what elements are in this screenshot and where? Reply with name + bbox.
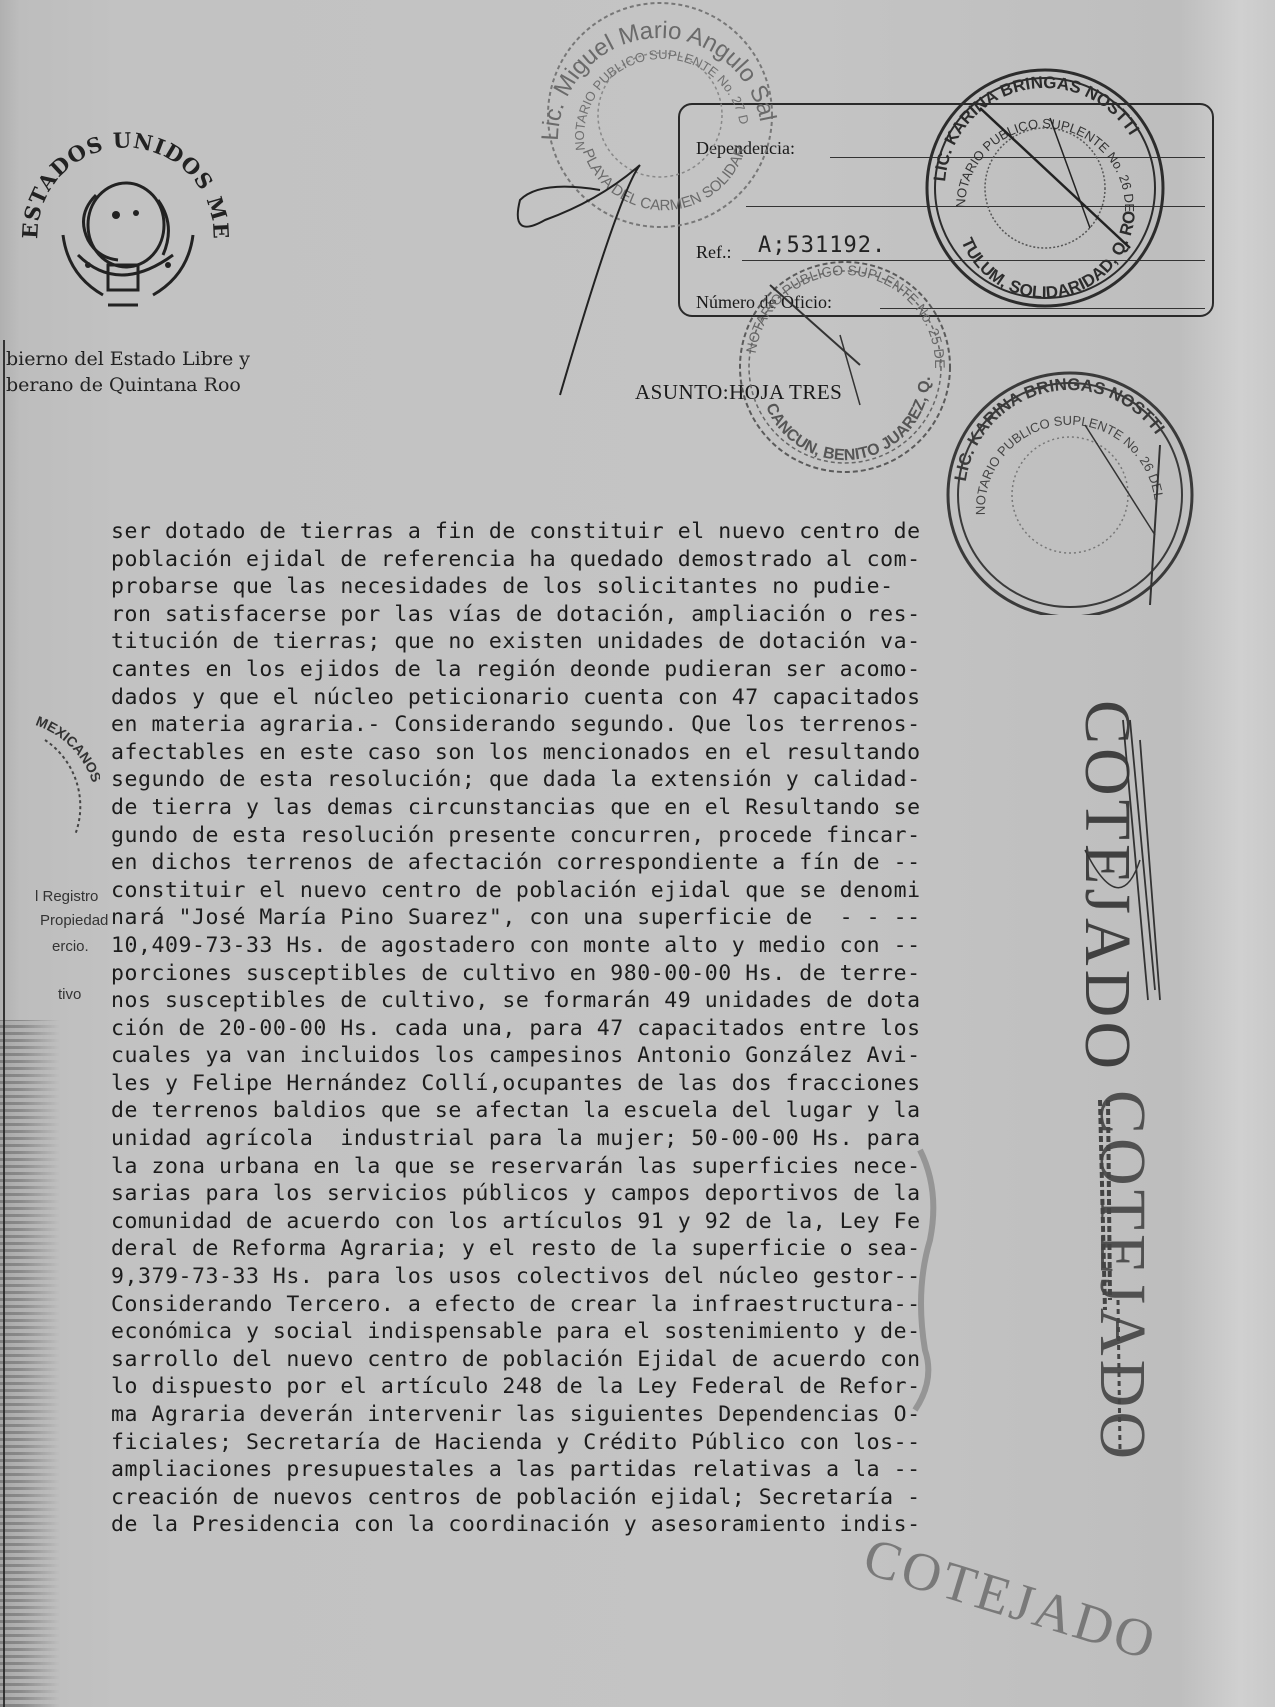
ref-label: Ref.: (696, 242, 732, 263)
body-line: les y Felipe Hernández Collí,ocupantes d… (111, 1070, 1101, 1098)
notary-stamp-angulo-icon: Lic. Miguel Mario Angulo Sala NOTARIO PU… (530, 0, 790, 240)
body-line: cantes en los ejidos de la región deonde… (111, 656, 1101, 684)
body-line: comunidad de acuerdo con los artículos 9… (111, 1208, 1101, 1236)
body-line: gundo de esta resolución presente concur… (111, 822, 1101, 850)
margin-note-4: tivo (58, 986, 81, 1003)
body-line: Considerando Tercero. a efecto de crear … (111, 1291, 1101, 1319)
body-line: de la Presidencia con la coordinación y … (111, 1511, 1101, 1539)
body-line: segundo de esta resolución; que dada la … (111, 766, 1101, 794)
body-line: nará "José María Pino Suarez", con una s… (111, 904, 1101, 932)
body-line: 9,379-73-33 Hs. para los usos colectivos… (111, 1263, 1101, 1291)
government-name-line-1: bierno del Estado Libre y (6, 348, 250, 370)
national-seal-icon: ESTADOS UNIDOS MEXICANOS (8, 105, 238, 335)
body-line: la zona urbana en la que se reservarán l… (111, 1153, 1101, 1181)
partial-seal-icon: MEXICANOS (30, 715, 100, 865)
body-line: de tierra y las demas circunstancias que… (111, 794, 1101, 822)
body-line: ser dotado de tierras a fin de constitui… (111, 518, 1101, 546)
body-line: de terrenos baldios que se afectan la es… (111, 1097, 1101, 1125)
body-line: económica y social indispensable para el… (111, 1318, 1101, 1346)
body-line: ron satisfacerse por las vías de dotació… (111, 601, 1101, 629)
body-line: deral de Reforma Agraria; y el resto de … (111, 1235, 1101, 1263)
body-line: ción de 20-00-00 Hs. cada una, para 47 c… (111, 1015, 1101, 1043)
scan-smudge (0, 1020, 60, 1707)
body-line: lo dispuesto por el artículo 248 de la L… (111, 1373, 1101, 1401)
body-line: sarias para los servicios públicos y cam… (111, 1180, 1101, 1208)
body-line: ma Agraria deverán intervenir las siguie… (111, 1401, 1101, 1429)
body-line: ficiales; Secretaría de Hacienda y Crédi… (111, 1429, 1101, 1457)
body-line: porciones susceptibles de cultivo en 980… (111, 960, 1101, 988)
body-line: constituir el nuevo centro de población … (111, 877, 1101, 905)
body-line: 10,409-73-33 Hs. de agostadero con monte… (111, 932, 1101, 960)
body-line: sarrollo del nuevo centro de población E… (111, 1346, 1101, 1374)
notary-stamp-bringas-cancun-icon: NOTARIO PUBLICO SUPLENTE No. 25 DEL ESTA… (730, 255, 960, 480)
body-line: creación de nuevos centros de población … (111, 1484, 1101, 1512)
body-line: unidad agrícola industrial para la mujer… (111, 1125, 1101, 1153)
body-line: en dichos terrenos de afectación corresp… (111, 849, 1101, 877)
body-line: afectables en este caso son los menciona… (111, 739, 1101, 767)
body-line: ampliaciones presupuestales a las partid… (111, 1456, 1101, 1484)
svg-text:NOTARIO PUBLICO SUPLENTE No. 2: NOTARIO PUBLICO SUPLENTE No. 25 DEL ESTA… (730, 255, 948, 369)
margin-note-2: Propiedad (40, 912, 108, 929)
body-line: probarse que las necesidades de los soli… (111, 573, 1101, 601)
cotejado-stamp-vertical: COTEJADO (1069, 700, 1145, 1073)
body-line: cuales ya van incluidos los campesinos A… (111, 1042, 1101, 1070)
resolution-body-text: ser dotado de tierras a fin de constitui… (111, 518, 1101, 1539)
cotejado-stamp-vertical-faint: COTEJADO (1084, 1090, 1160, 1463)
cotejado-stamp-diagonal: COTEJADO (857, 1525, 1165, 1673)
document-page: ESTADOS UNIDOS MEXICANOS bierno del Esta… (0, 0, 1275, 1707)
body-line: titución de tierras; que no existen unid… (111, 628, 1101, 656)
svg-text:ESTADOS UNIDOS MEXICANOS: ESTADOS UNIDOS MEXICANOS (8, 105, 234, 240)
body-line: dados y que el núcleo peticionario cuent… (111, 684, 1101, 712)
svg-text:MEXICANOS: MEXICANOS (34, 715, 100, 784)
margin-note-1: l Registro (35, 888, 98, 905)
margin-note-3: ercio. (52, 938, 89, 955)
government-name-line-2: berano de Quintana Roo (6, 374, 241, 396)
body-line: en materia agraria.- Considerando segund… (111, 711, 1101, 739)
body-line: nos susceptibles de cultivo, se formarán… (111, 987, 1101, 1015)
body-line: población ejidal de referencia ha quedad… (111, 546, 1101, 574)
